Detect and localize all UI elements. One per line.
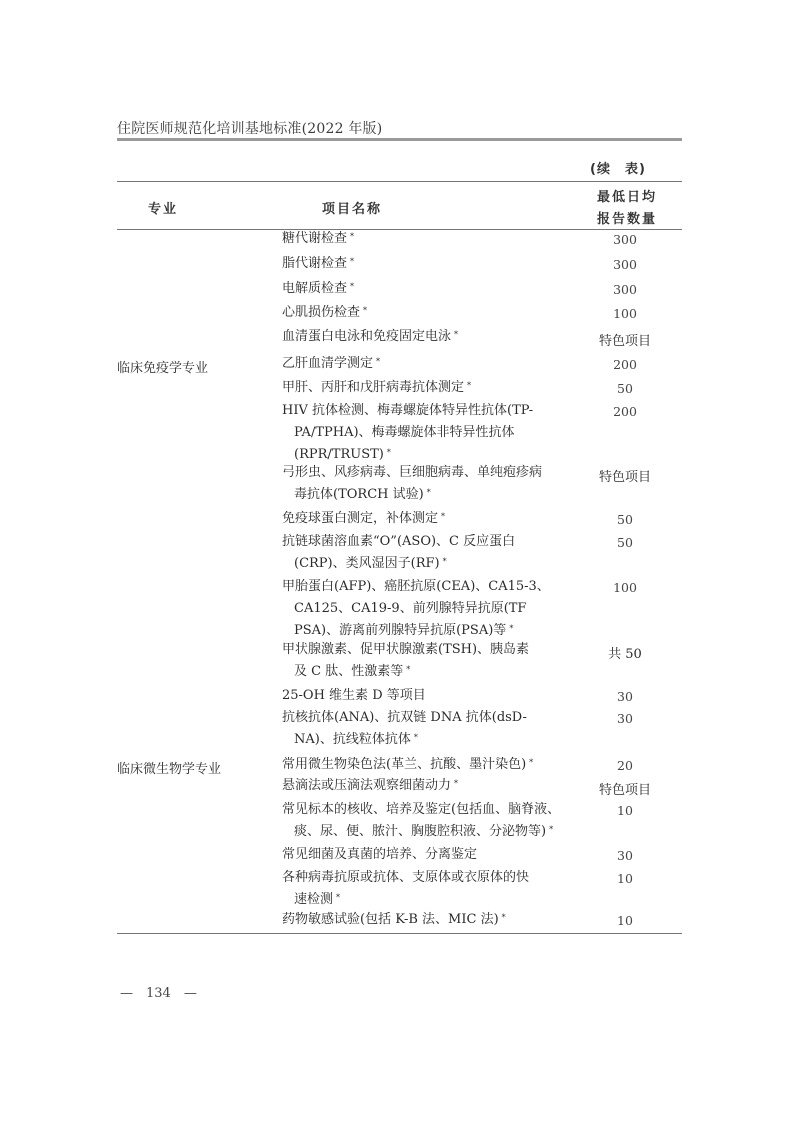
item-name-line: 悬滴法或压滴法观察细菌动力*	[282, 778, 458, 793]
asterisk-mark: *	[376, 357, 380, 366]
table-bottom-rule	[117, 933, 682, 934]
table-row-item-name: 电解质检查*	[282, 278, 568, 300]
asterisk-mark: *	[350, 282, 354, 291]
item-name-line: 常见标本的核收、培养及鉴定(包括血、脑脊液、	[282, 799, 568, 821]
item-name-line: 免疫球蛋白测定，补体测定*	[282, 511, 445, 526]
table-row-item-name: 常见标本的核收、培养及鉴定(包括血、脑脊液、痰、尿、便、脓汁、胸腹腔积液、分泌物…	[282, 799, 568, 843]
item-name-line: 乙肝血清学测定*	[282, 356, 380, 371]
asterisk-mark: *	[529, 758, 533, 767]
asterisk-mark: *	[414, 733, 418, 742]
table-row-value: 50	[580, 381, 670, 396]
table-row-item-name: 药物敏感试验(包括 K-B 法、MIC 法)*	[282, 909, 568, 931]
asterisk-mark: *	[350, 257, 354, 266]
item-name-line: 脂代谢检查*	[282, 256, 354, 271]
continued-label: (续 表)	[590, 158, 646, 177]
asterisk-mark: *	[509, 624, 513, 633]
table-row-value: 50	[580, 512, 670, 527]
item-name-line: NA)、抗线粒体抗体*	[282, 729, 568, 751]
table-row-value: 300	[580, 232, 670, 247]
item-name-line: PA/TPHA)、梅毒螺旋体非特异性抗体	[282, 422, 568, 444]
item-name-line: 心肌损伤检查*	[282, 305, 367, 320]
item-name-line: 抗核抗体(ANA)、抗双链 DNA 抗体(dsD-	[282, 707, 568, 729]
table-row-item-name: 糖代谢检查*	[282, 228, 568, 250]
table-row-value: 共 50	[580, 643, 670, 662]
item-name-line: HIV 抗体检测、梅毒螺旋体特异性抗体(TP-	[282, 400, 568, 422]
item-name-line: 痰、尿、便、脓汁、胸腹腔积液、分泌物等)*	[282, 821, 568, 843]
table-row-value: 300	[580, 257, 670, 272]
table-row-item-name: 心肌损伤检查*	[282, 302, 568, 324]
item-name-line: 弓形虫、风疹病毒、巨细胞病毒、单纯疱疹病	[282, 462, 568, 484]
table-row-item-name: 甲胎蛋白(AFP)、癌胚抗原(CEA)、CA15-3、CA125、CA19-9、…	[282, 576, 568, 642]
item-name-line: 电解质检查*	[282, 281, 354, 296]
asterisk-mark: *	[427, 488, 431, 497]
column-header-item-name: 项目名称	[322, 198, 382, 217]
asterisk-mark: *	[454, 779, 458, 788]
item-name-line: (CRP)、类风湿因子(RF)*	[282, 553, 568, 575]
page-number: — 134 —	[120, 982, 197, 1001]
item-name-line: 毒抗体(TORCH 试验)*	[282, 484, 568, 506]
table-row-item-name: 25-OH 维生素 D 等项目	[282, 685, 568, 707]
table-row-item-name: 常用微生物染色法(革兰、抗酸、墨汁染色)*	[282, 754, 568, 776]
asterisk-mark: *	[336, 893, 340, 902]
table-row-value: 10	[580, 913, 670, 928]
table-row-value: 特色项目	[580, 779, 670, 798]
table-row-value: 30	[580, 689, 670, 704]
asterisk-mark: *	[441, 512, 445, 521]
asterisk-mark: *	[549, 825, 553, 834]
asterisk-mark: *	[443, 557, 447, 566]
item-name-line: 药物敏感试验(包括 K-B 法、MIC 法)*	[282, 912, 506, 927]
table-row-value: 100	[580, 306, 670, 321]
table-row-item-name: 抗核抗体(ANA)、抗双链 DNA 抗体(dsD-NA)、抗线粒体抗体*	[282, 707, 568, 751]
table-row-item-name: 乙肝血清学测定*	[282, 353, 568, 375]
item-name-line: 甲胎蛋白(AFP)、癌胚抗原(CEA)、CA15-3、	[282, 576, 568, 598]
table-row-value: 200	[580, 357, 670, 372]
asterisk-mark: *	[454, 330, 458, 339]
table-row-item-name: 各种病毒抗原或抗体、支原体或衣原体的快速检测*	[282, 867, 568, 911]
table-top-rule	[117, 181, 682, 182]
asterisk-mark: *	[502, 913, 506, 922]
table-row-item-name: 悬滴法或压滴法观察细菌动力*	[282, 775, 568, 797]
specialty-clinical-microbiology: 临床微生物学专业	[117, 758, 221, 777]
specialty-clinical-immunology: 临床免疫学专业	[117, 357, 208, 376]
table-row-value: 特色项目	[580, 330, 670, 349]
table-row-value: 100	[580, 580, 670, 595]
item-name-line: CA125、CA19-9、前列腺特异抗原(TF	[282, 598, 568, 620]
table-row-item-name: 弓形虫、风疹病毒、巨细胞病毒、单纯疱疹病毒抗体(TORCH 试验)*	[282, 462, 568, 506]
column-header-min-daily-line1: 最低日均	[597, 186, 657, 205]
table-row-value: 10	[580, 871, 670, 886]
table-row-item-name: HIV 抗体检测、梅毒螺旋体特异性抗体(TP-PA/TPHA)、梅毒螺旋体非特异…	[282, 400, 568, 466]
asterisk-mark: *	[467, 381, 471, 390]
header-rule	[117, 138, 682, 141]
item-name-line: 各种病毒抗原或抗体、支原体或衣原体的快	[282, 867, 568, 889]
item-name-line: 及 C 肽、性激素等*	[282, 661, 568, 683]
asterisk-mark: *	[387, 448, 391, 457]
item-name-line: 甲肝、丙肝和戊肝病毒抗体测定*	[282, 380, 471, 395]
table-row-item-name: 抗链球菌溶血素“O”(ASO)、C 反应蛋白(CRP)、类风湿因子(RF)*	[282, 531, 568, 575]
table-row-value: 特色项目	[580, 466, 670, 485]
item-name-line: 25-OH 维生素 D 等项目	[282, 688, 426, 703]
item-name-line: 糖代谢检查*	[282, 231, 354, 246]
table-row-item-name: 免疫球蛋白测定，补体测定*	[282, 508, 568, 530]
asterisk-mark: *	[406, 665, 410, 674]
item-name-line: 抗链球菌溶血素“O”(ASO)、C 反应蛋白	[282, 531, 568, 553]
item-name-line: 血清蛋白电泳和免疫固定电泳*	[282, 329, 458, 344]
table-row-item-name: 甲肝、丙肝和戊肝病毒抗体测定*	[282, 377, 568, 399]
table-row-value: 30	[580, 711, 670, 726]
column-header-specialty: 专业	[148, 198, 178, 217]
table-row-value: 300	[580, 282, 670, 297]
asterisk-mark: *	[363, 306, 367, 315]
table-row-item-name: 甲状腺激素、促甲状腺激素(TSH)、胰岛素及 C 肽、性激素等*	[282, 639, 568, 683]
running-header: 住院医师规范化培训基地标准(2022 年版)	[117, 118, 382, 138]
table-row-value: 20	[580, 758, 670, 773]
item-name-line: 甲状腺激素、促甲状腺激素(TSH)、胰岛素	[282, 639, 568, 661]
table-row-item-name: 血清蛋白电泳和免疫固定电泳*	[282, 326, 568, 348]
asterisk-mark: *	[350, 232, 354, 241]
table-row-value: 30	[580, 848, 670, 863]
item-name-line: 常用微生物染色法(革兰、抗酸、墨汁染色)*	[282, 757, 533, 772]
table-row-value: 10	[580, 803, 670, 818]
table-row-value: 200	[580, 404, 670, 419]
table-row-item-name: 脂代谢检查*	[282, 253, 568, 275]
item-name-line: 常见细菌及真菌的培养、分离鉴定	[282, 847, 477, 862]
table-row-item-name: 常见细菌及真菌的培养、分离鉴定	[282, 844, 568, 866]
column-header-min-daily-line2: 报告数量	[597, 208, 657, 227]
item-name-line: 速检测*	[282, 889, 568, 911]
table-row-value: 50	[580, 535, 670, 550]
